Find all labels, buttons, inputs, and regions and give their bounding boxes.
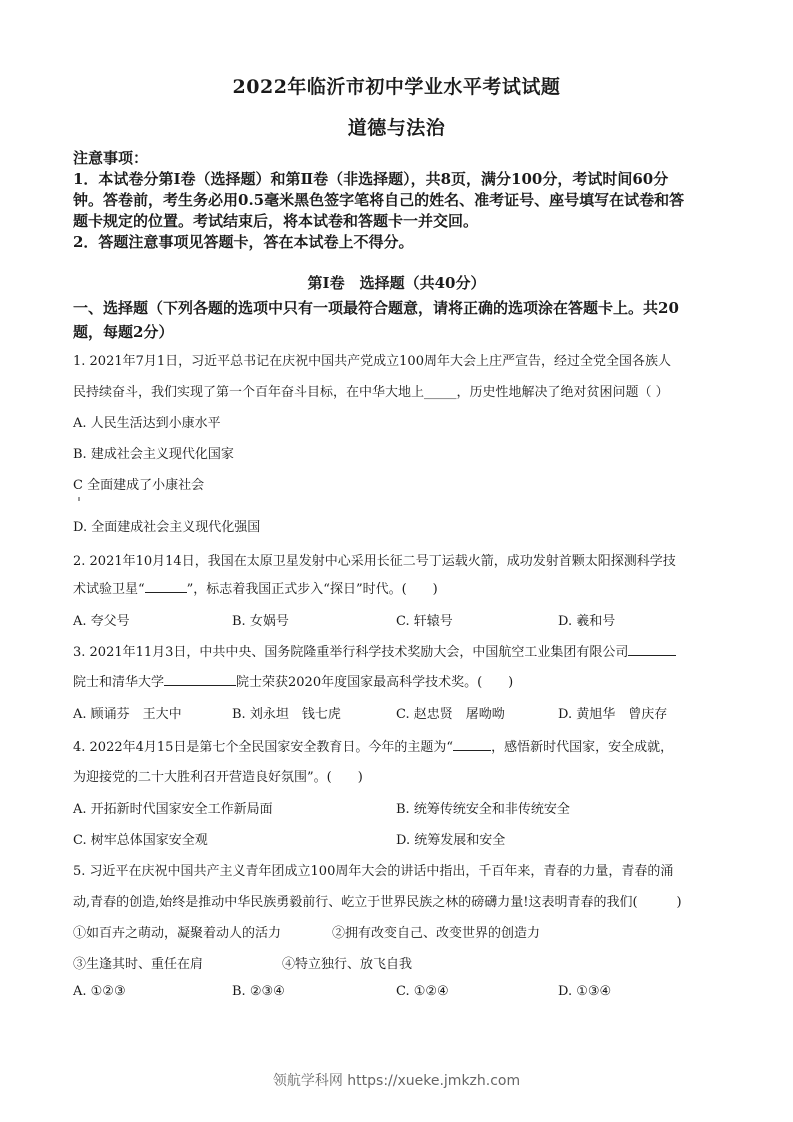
option-b: B. 刘永坦 钱七虎 (232, 703, 341, 722)
option-a: A. ①②③ (73, 984, 126, 999)
option-b: B. 女娲号 (232, 610, 289, 629)
option-c: C 全面建成了小康社会 (73, 474, 204, 493)
answer-blank (145, 580, 187, 593)
question-stem: 4. 2022年4月15日是第七个全民国家安全教育日。今年的主题为“，感悟新时代… (73, 736, 673, 755)
option-c: C. 赵忠贤 屠呦呦 (396, 703, 505, 722)
stem-text: 3. 2021年11月3日，中共中央、国务院隆重举行科学技术奖励大会，中国航空工… (73, 645, 628, 660)
question-stem: 1. 2021年7月1日，习近平总书记在庆祝中国共产党成立100周年大会上庄严宣… (73, 350, 671, 369)
section-heading: 第Ⅰ卷 选择题（共40分） (0, 272, 793, 293)
option-d: D. 羲和号 (558, 610, 615, 629)
option-d: D. ①③④ (558, 984, 611, 999)
stem-text: ，感悟新时代国家，安全成就， (491, 740, 673, 755)
exam-title: 2022年临沂市初中学业水平考试试题 (0, 72, 793, 99)
notes-line: 钟。答卷前，考生务必用0.5毫米黑色签字笔将自己的姓名、准考证号、座号填写在试卷… (73, 190, 723, 211)
option-a: A. 夸父号 (73, 610, 130, 629)
notes-section: 注意事项： 1．本试卷分第Ⅰ卷（选择题）和第Ⅱ卷（非选择题），共8页，满分100… (73, 148, 723, 253)
question-stem: 动,青春的创造,始终是推动中华民族勇毅前行、屹立于世界民族之林的磅礴力量!这表明… (73, 891, 682, 910)
watermark-footer: 领航学科网 https://xueke.jmkzh.com (0, 1070, 793, 1090)
answer-blank (453, 738, 491, 751)
exam-page: 2022年临沂市初中学业水平考试试题 道德与法治 注意事项： 1．本试卷分第Ⅰ卷… (0, 0, 793, 1122)
statement-4: ④特立独行、放飞自我 (282, 953, 412, 972)
question-stem: 民持续奋斗，我们实现了第一个百年奋斗目标，在中华大地上_____，历史性地解决了… (73, 381, 669, 400)
stem-text: 院士和清华大学 (73, 675, 164, 690)
option-a: A. 顾诵芬 王大中 (73, 703, 182, 722)
question-stem: 5. 习近平在庆祝中国共产主义青年团成立100周年大会的讲话中指出，千百年来，青… (73, 860, 673, 879)
stem-text: ”，标志着我国正式步入“探日”时代。( ) (187, 582, 438, 597)
stem-text: 4. 2022年4月15日是第七个全民国家安全教育日。今年的主题为“ (73, 740, 453, 755)
exam-subject: 道德与法治 (0, 113, 793, 140)
question-stem: 为迎接党的二十大胜利召开营造良好氛围”。( ) (73, 766, 363, 785)
option-b: B. 统筹传统安全和非传统安全 (396, 798, 570, 817)
option-b: B. 建成社会主义现代化国家 (73, 443, 234, 462)
question-stem: 2. 2021年10月14日，我国在太原卫星发射中心采用长征二号丁运载火箭，成功… (73, 550, 676, 569)
option-c: C. ①②④ (396, 984, 449, 999)
section-instructions: 一、选择题（下列各题的选项中只有一项最符合题意，请将正确的选项涂在答题卡上。共2… (73, 296, 723, 344)
option-d: D. 统筹发展和安全 (396, 829, 505, 848)
answer-blank (628, 643, 676, 656)
instructions-line: 题，每题2分） (73, 320, 723, 344)
stem-text: 院士荣获2020年度国家最高科学技术奖。( ) (236, 675, 513, 690)
stray-mark (78, 497, 80, 501)
answer-blank (164, 673, 236, 686)
statement-2: ②拥有改变自己、改变世界的创造力 (332, 922, 540, 941)
statement-1: ①如百卉之萌动，凝聚着动人的活力 (73, 922, 281, 941)
option-c: C. 轩辕号 (396, 610, 453, 629)
statement-3: ③生逢其时、重任在肩 (73, 953, 203, 972)
option-a: A. 人民生活达到小康水平 (73, 412, 221, 431)
question-stem: 3. 2021年11月3日，中共中央、国务院隆重举行科学技术奖励大会，中国航空工… (73, 641, 676, 660)
notes-line: 2．答题注意事项见答题卡，答在本试卷上不得分。 (73, 232, 723, 253)
option-c: C. 树牢总体国家安全观 (73, 829, 208, 848)
stem-text: 术试验卫星“ (73, 582, 145, 597)
option-d: D. 黄旭华 曾庆存 (558, 703, 667, 722)
question-stem: 院士和清华大学院士荣获2020年度国家最高科学技术奖。( ) (73, 671, 513, 690)
notes-heading: 注意事项： (73, 148, 723, 169)
notes-line: 1．本试卷分第Ⅰ卷（选择题）和第Ⅱ卷（非选择题），共8页，满分100分，考试时间… (73, 169, 723, 190)
notes-line: 题卡规定的位置。考试结束后，将本试卷和答题卡一并交回。 (73, 211, 723, 232)
option-b: B. ②③④ (232, 984, 285, 999)
instructions-line: 一、选择题（下列各题的选项中只有一项最符合题意，请将正确的选项涂在答题卡上。共2… (73, 296, 723, 320)
option-d: D. 全面建成社会主义现代化强国 (73, 516, 260, 535)
question-stem: 术试验卫星“”，标志着我国正式步入“探日”时代。( ) (73, 578, 438, 597)
option-a: A. 开拓新时代国家安全工作新局面 (73, 798, 273, 817)
